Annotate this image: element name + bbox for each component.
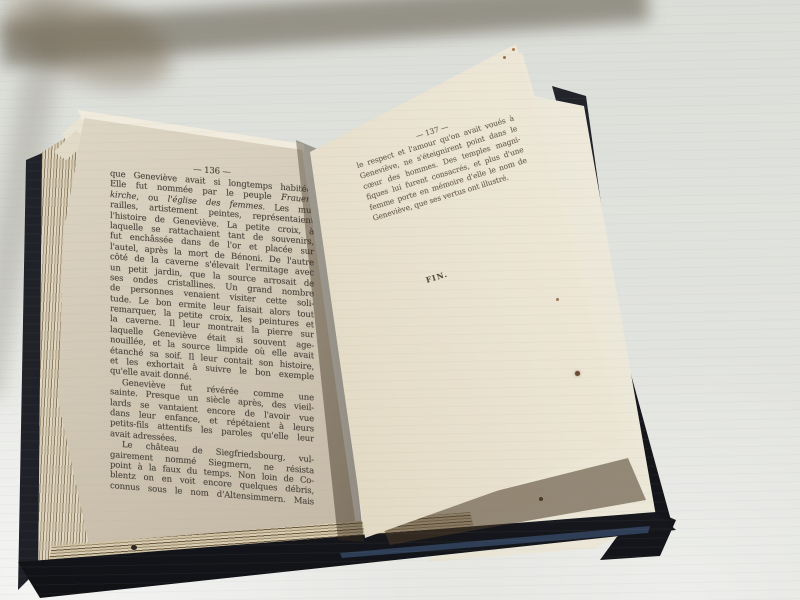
right-page-text: — 137 — le respect et l'amour qu'on avai… — [352, 102, 553, 295]
ink-speck — [539, 497, 543, 501]
left-page-lines: que Geneviève avait si longtemps habitée… — [110, 169, 314, 508]
ink-speck — [131, 545, 137, 550]
foxing-spot — [575, 371, 580, 376]
fin-label: FIN. — [357, 248, 517, 306]
book-photo: — 136 — que Geneviève avait si longtemps… — [0, 0, 800, 600]
foxing-spot — [503, 56, 506, 59]
foxing-spot — [556, 298, 559, 301]
foxing-spot — [512, 48, 515, 51]
left-page-text: — 136 — que Geneviève avait si longtemps… — [110, 158, 314, 508]
